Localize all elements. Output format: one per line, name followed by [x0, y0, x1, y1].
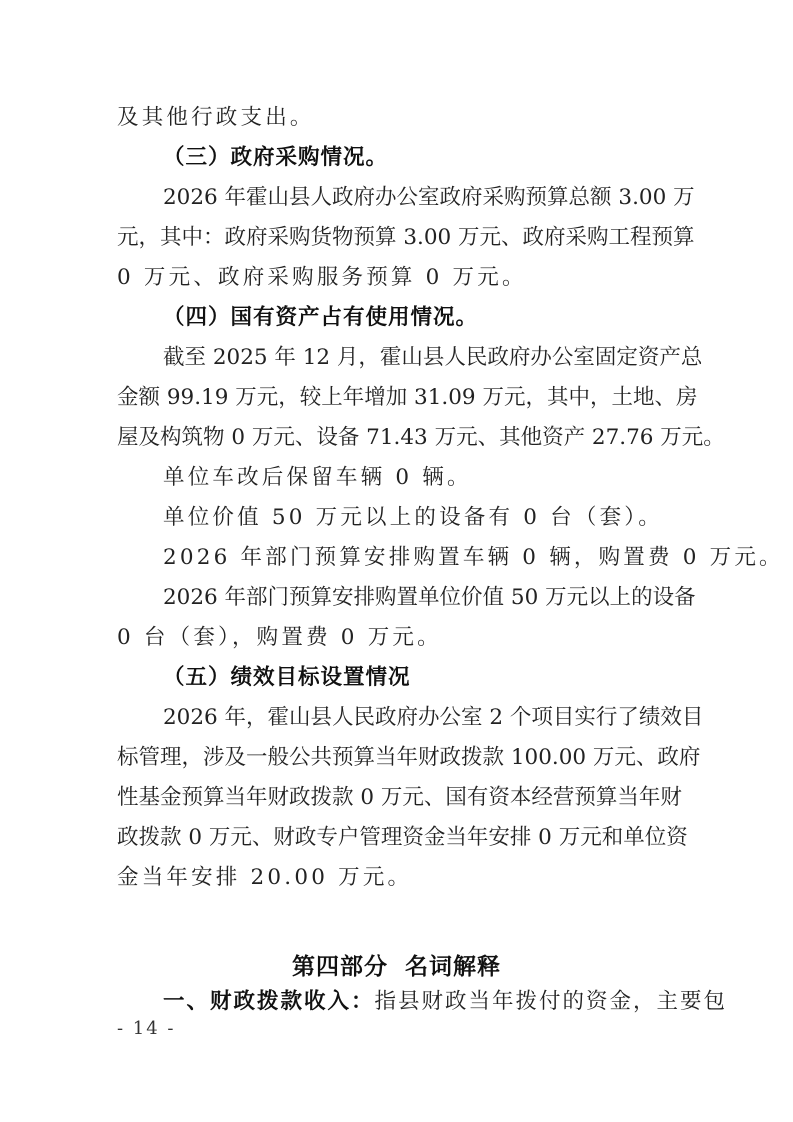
term-text: 指县财政当年拨付的资金，主要包 [375, 989, 728, 1014]
paragraph-line: 0 万元、政府采购服务预算 0 万元。 [117, 264, 677, 292]
term-definition-line: 一、财政拨款收入：指县财政当年拨付的资金，主要包 [163, 988, 677, 1016]
section-heading-procurement: （三）政府采购情况。 [163, 144, 677, 172]
paragraph-line: 截至 2025 年 12 月，霍山县人民政府办公室固定资产总 [163, 344, 677, 372]
paragraph-line: 屋及构筑物 0 万元、设备 71.43 万元、其他资产 27.76 万元。 [117, 424, 677, 452]
paragraph-line: 性基金预算当年财政拨款 0 万元、国有资本经营预算当年财 [117, 784, 677, 812]
paragraph-line: 政拨款 0 万元、财政专户管理资金当年安排 0 万元和单位资 [117, 824, 677, 852]
part-title: 第四部分 名词解释 [0, 948, 793, 981]
paragraph-line: 标管理，涉及一般公共预算当年财政拨款 100.00 万元、政府 [117, 744, 677, 772]
paragraph-line: 及其他行政支出。 [117, 104, 677, 132]
paragraph-line: 2026 年部门预算安排购置车辆 0 辆，购置费 0 万元。 [163, 544, 677, 572]
section-heading-state-assets: （四）国有资产占有使用情况。 [163, 304, 677, 332]
paragraph-line: 单位车改后保留车辆 0 辆。 [163, 464, 677, 492]
paragraph-line: 单位价值 50 万元以上的设备有 0 台（套）。 [163, 504, 677, 532]
paragraph-line: 2026 年霍山县人政府办公室政府采购预算总额 3.00 万 [163, 184, 677, 212]
paragraph-line: 2026 年部门预算安排购置单位价值 50 万元以上的设备 [163, 584, 677, 612]
paragraph-line: 0 台（套），购置费 0 万元。 [117, 624, 677, 652]
document-page: 及其他行政支出。 （三）政府采购情况。 2026 年霍山县人政府办公室政府采购预… [0, 0, 793, 1122]
paragraph-line: 金当年安排 20.00 万元。 [117, 864, 677, 892]
term-label: 一、财政拨款收入： [163, 989, 375, 1014]
paragraph-line: 元，其中：政府采购货物预算 3.00 万元、政府采购工程预算 [117, 224, 677, 252]
page-number: - 14 - [117, 1018, 176, 1039]
section-heading-performance: （五）绩效目标设置情况 [163, 664, 677, 692]
paragraph-line: 金额 99.19 万元，较上年增加 31.09 万元，其中，土地、房 [117, 384, 677, 412]
paragraph-line: 2026 年，霍山县人民政府办公室 2 个项目实行了绩效目 [163, 704, 677, 732]
